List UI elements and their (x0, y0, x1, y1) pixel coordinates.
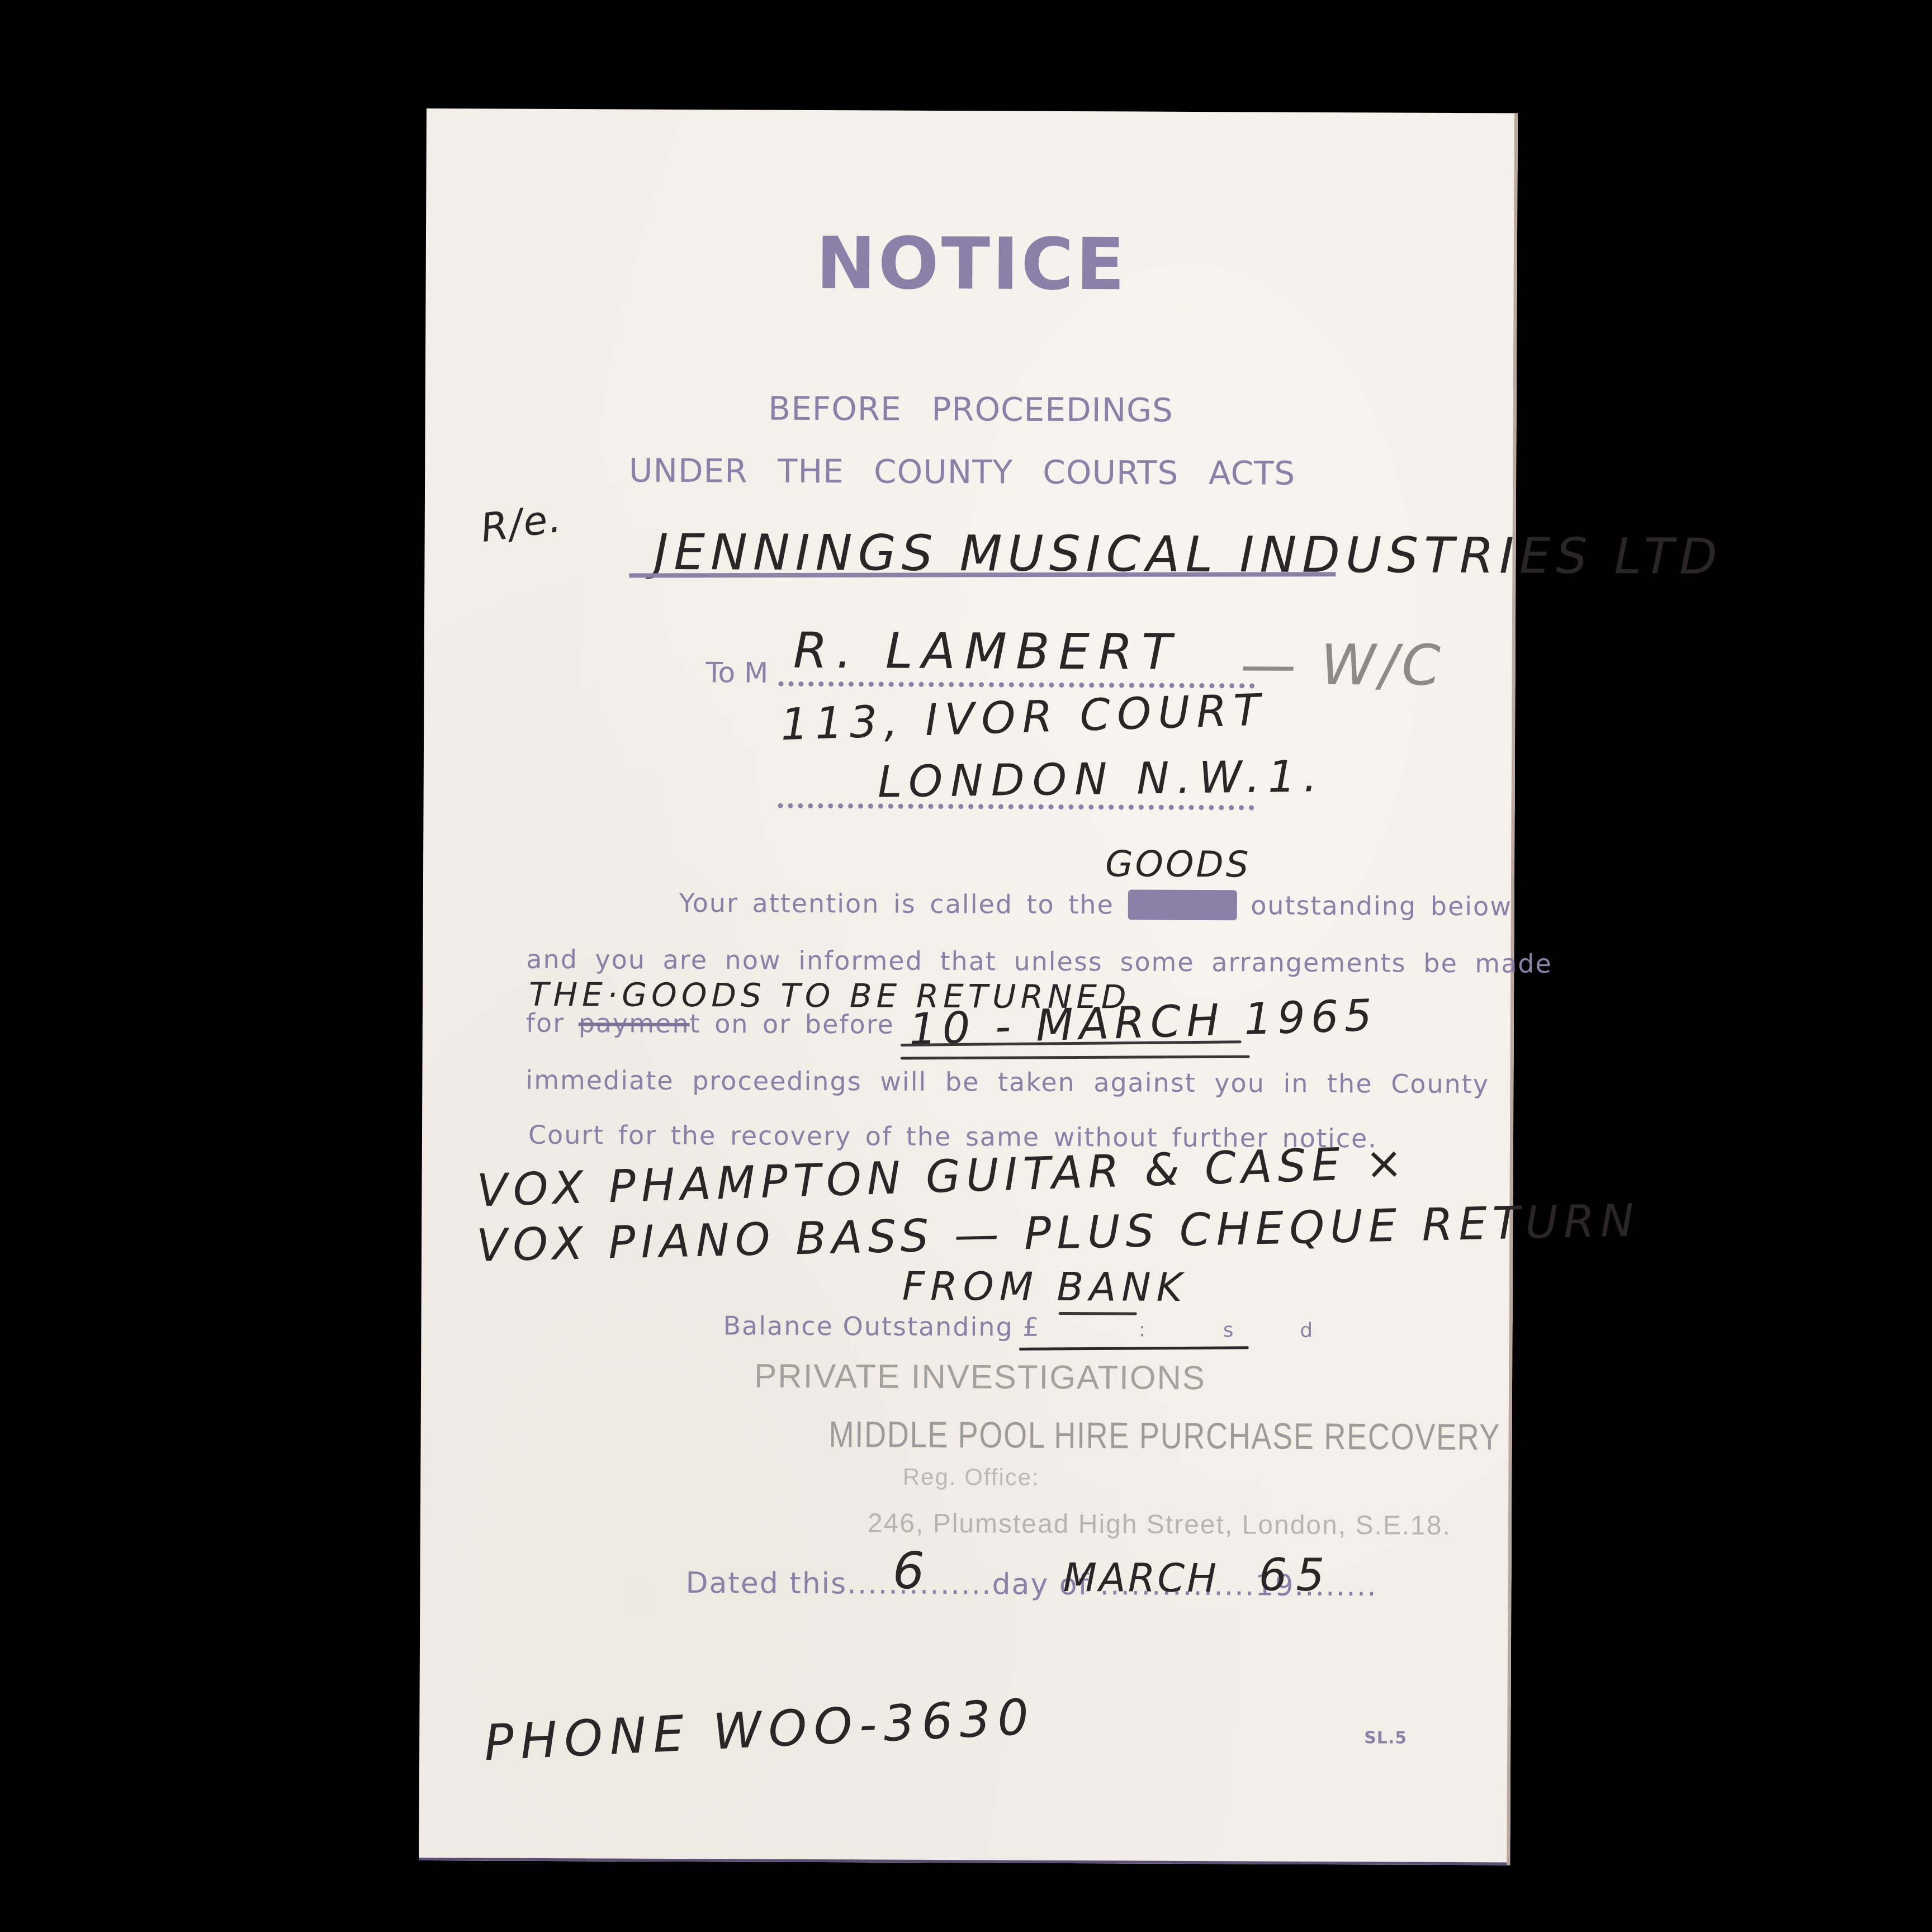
body-line-4: immediate proceedings will be taken agai… (525, 1065, 1489, 1100)
subtitle-county-courts-acts: UNDER THE COUNTY COURTS ACTS (629, 452, 1295, 493)
reference-prefix: R/e. (478, 495, 565, 551)
body-line-3-pre: for (526, 1008, 565, 1038)
balance-label-text: Balance Outstanding £ (723, 1310, 1040, 1342)
stamp-line-4: 246, Plumstead High Street, London, S.E.… (868, 1508, 1451, 1541)
dated-day: 6 (892, 1542, 932, 1600)
struck-payment-word: paymen (579, 1008, 690, 1039)
stamp-line-1: PRIVATE INVESTIGATIONS (421, 1355, 1539, 1399)
recipient-name: R. LAMBERT (793, 622, 1181, 681)
recipient-address-line2: LONDON N.W.1. (877, 751, 1325, 807)
form-code: SL.5 (1364, 1728, 1407, 1748)
page-title: NOTICE (425, 220, 1517, 309)
body-line-1: Your attention is called to the balance … (679, 888, 1512, 922)
phone-note: PHONE WOO-3630 (482, 1688, 1036, 1772)
balance-outstanding-label: Balance Outstanding £ : s d (723, 1310, 1314, 1343)
dated-month: MARCH (1063, 1555, 1219, 1601)
body-line-1-pre: Your attention is called to the (679, 888, 1114, 920)
balance-colon: : (1139, 1319, 1147, 1342)
balance-shillings-label: s (1223, 1319, 1235, 1342)
stamp-line-2: MIDDLE POOL HIRE PURCHASE RECOVERY (828, 1413, 1500, 1458)
goods-item-3: FROM BANK (902, 1263, 1188, 1310)
dated-year: 65 (1258, 1549, 1333, 1602)
body-line-2: and you are now informed that unless som… (526, 944, 1552, 979)
dated-label-pre: Dated this (685, 1566, 847, 1600)
recipient-pencil-note: — W/C (1240, 632, 1444, 698)
stamp-line-3: Reg. Office: (420, 1461, 1522, 1493)
deadline-underline-2 (901, 1055, 1250, 1060)
struck-balance-word: balance (1128, 889, 1237, 920)
body-line-3: for payment on or before (526, 1008, 894, 1040)
recipient-to-label: To M (705, 656, 768, 689)
body-line-1-post: outstanding beiow (1251, 890, 1512, 921)
body-line-3-post: t on or before (689, 1008, 894, 1040)
balance-pence-label: d (1300, 1319, 1314, 1342)
balance-amount-line (1019, 1346, 1248, 1351)
recipient-address-line1: 113, IVOR COURT (780, 685, 1267, 750)
subtitle-before-proceedings: BEFORE PROCEEDINGS (425, 388, 1517, 431)
inserted-goods-word: GOODS (1105, 844, 1251, 885)
notice-form-paper: NOTICE BEFORE PROCEEDINGS UNDER THE COUN… (419, 108, 1518, 1865)
address-dotted-line (778, 803, 1254, 811)
